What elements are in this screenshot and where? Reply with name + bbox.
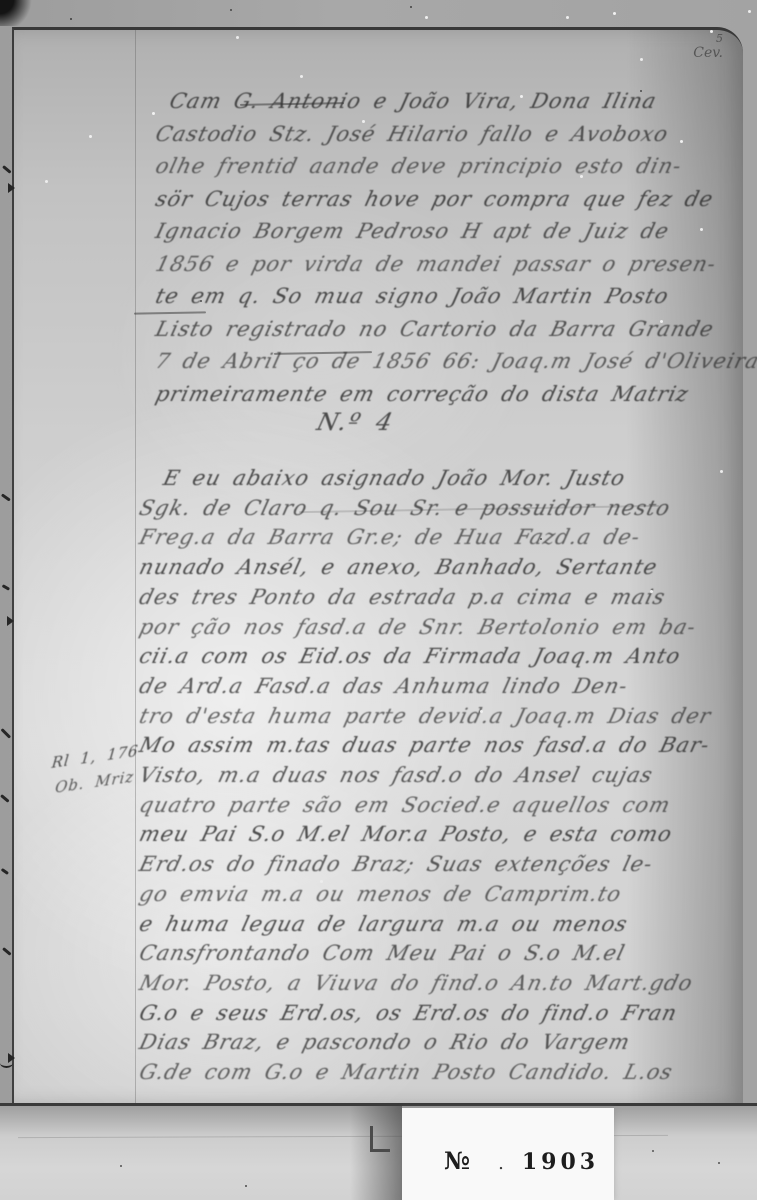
- manuscript-line: Visto, m.a duas nos fasd.o do Ansel cuja…: [136, 761, 714, 791]
- corner-bracket-mark: [370, 1126, 390, 1152]
- page-corner-note: 5 Cev.: [693, 32, 723, 61]
- manuscript-line: cii.a com os Eid.os da Firmada Joaq.m An…: [136, 642, 714, 672]
- manuscript-paper: 5 Cev. Cam G. Antonio e João Vira, Dona …: [12, 27, 743, 1103]
- binding-ink-scrap: [2, 165, 11, 173]
- manuscript-line: Mo assim m.tas duas parte nos fasd.a do …: [136, 731, 714, 761]
- binding-ink-scrap: [1, 493, 11, 501]
- manuscript-line: Ignacio Borgem Pedroso H apt de Juiz de: [152, 215, 757, 248]
- manuscript-line: e huma legua de largura m.a ou menos: [136, 910, 714, 940]
- binding-ink-scrap: [2, 584, 10, 590]
- corner-note-line1: 5: [693, 32, 723, 45]
- manuscript-line: 1856 e por virda de mandei passar o pres…: [152, 248, 757, 281]
- paper-speckles-light: [613, 12, 616, 15]
- scan-corner-shadow: [0, 0, 34, 26]
- paper-speckles-dark: [70, 18, 72, 20]
- manuscript-line: tro d'esta huma parte devid.a Joaq.m Dia…: [136, 702, 714, 732]
- corner-note-line2: Cev.: [693, 45, 723, 61]
- binding-ink-scrap: [2, 947, 11, 955]
- second-paragraph: E eu abaixo asignado João Mor. Justo Sgk…: [136, 464, 707, 1088]
- first-paragraph: Cam G. Antonio e João Vira, Dona Ilina C…: [152, 85, 755, 410]
- manuscript-line: des tres Ponto da estrada p.a cima e mai…: [136, 583, 714, 613]
- manuscript-line: Dias Braz, e pascondo o Rio do Vargem: [136, 1028, 714, 1058]
- manuscript-line: olhe frentid aande deve principio esto d…: [152, 150, 757, 183]
- margin-annotation: Rl 1, 176 Ob. Mriz: [47, 739, 141, 801]
- binding-ink-scrap: [1, 728, 11, 738]
- scanned-manuscript-page: 5 Cev. Cam G. Antonio e João Vira, Dona …: [0, 0, 757, 1200]
- stamp-separator-dot: .: [498, 1153, 504, 1174]
- edge-tick-mark: [8, 1053, 15, 1063]
- manuscript-line: por ção nos fasd.a de Snr. Bertolonio em…: [136, 613, 714, 643]
- manuscript-line: meu Pai S.o M.el Mor.a Posto, e esta com…: [136, 820, 714, 850]
- manuscript-line: Erd.os do finado Braz; Suas extenções le…: [136, 850, 714, 880]
- manuscript-line: de Ard.a Fasd.a das Anhuma lindo Den-: [136, 672, 714, 702]
- manuscript-line: G.o e seus Erd.os, os Erd.os do find.o F…: [136, 999, 714, 1029]
- manuscript-line: Castodio Stz. José Hilario fallo e Avobo…: [152, 118, 757, 151]
- manuscript-line: te em q. So mua signo João Martin Posto: [152, 280, 757, 313]
- manuscript-line: Mor. Posto, a Viuva do find.o An.to Mart…: [136, 969, 714, 999]
- entry-number-heading: N.º 4: [314, 408, 390, 436]
- edge-tick-mark: [7, 616, 14, 626]
- manuscript-line: nunado Ansél, e anexo, Banhado, Sertante: [136, 553, 714, 583]
- binding-ink-scrap: [0, 794, 9, 802]
- manuscript-line: Cansfrontando Com Meu Pai o S.o M.el: [136, 939, 714, 969]
- manuscript-line: G.de com G.o e Martin Posto Candido. L.o…: [136, 1058, 714, 1088]
- manuscript-line: quatro parte são em Socied.e aquellos co…: [136, 791, 714, 821]
- number-label: № . 1903: [402, 1108, 614, 1200]
- manuscript-line: 7 de Abril ço de 1856 66: Joaq.m José d'…: [152, 345, 757, 378]
- numero-sign: №: [444, 1146, 470, 1175]
- manuscript-line: Freg.a da Barra Gr.e; de Hua Fazd.a de-: [136, 523, 714, 553]
- stamp-row: № . 1903: [402, 1108, 614, 1175]
- binding-ink-scrap: [1, 868, 9, 875]
- manuscript-line: E eu abaixo asignado João Mor. Justo: [160, 464, 714, 494]
- manuscript-line: go emvia m.a ou menos de Camprim.to: [136, 880, 714, 910]
- manuscript-line: Cam G. Antonio e João Vira, Dona Ilina: [166, 85, 757, 118]
- manuscript-line: Listo registrado no Cartorio da Barra Gr…: [152, 313, 757, 346]
- manuscript-line: primeiramente em correção do dista Matri…: [152, 378, 757, 411]
- label-shadow: [350, 1106, 402, 1200]
- edge-tick-mark: [8, 183, 15, 193]
- manuscript-line: sör Cujos terras hove por compra que fez…: [152, 183, 757, 216]
- stamp-number: 1903: [522, 1149, 599, 1175]
- entry-number-text: N.º 4: [314, 408, 397, 436]
